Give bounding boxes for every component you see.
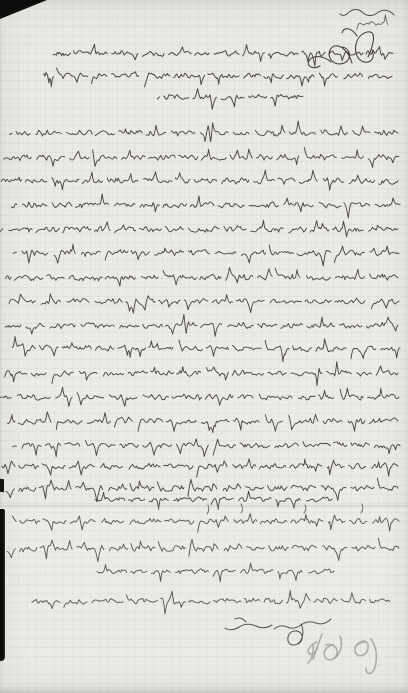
body-handwritten-line [9,294,399,313]
body-handwritten-line [13,439,400,457]
body-handwritten-line [6,268,398,287]
heading-line [158,89,304,110]
heading-flourish [356,32,374,62]
top-right-annotation-word [357,15,388,30]
scan-edge-bar-artifact [0,509,5,661]
body-handwritten-line [5,314,398,336]
signature-stroke [288,624,303,645]
overlap-handwritten-line [12,514,399,533]
large-signature-stroke [355,641,368,656]
body-handwritten-line [1,170,398,190]
body-handwritten-line [8,412,398,433]
body-handwritten-line [0,387,399,406]
scanned-letter-image [0,0,408,693]
large-signature-stroke [308,642,317,663]
signature-stroke [225,624,272,630]
large-signature-stroke [324,644,337,659]
body-handwritten-line [5,362,398,386]
body-handwritten-line [4,147,399,167]
overlap-handwritten-line [97,563,334,582]
body-handwritten-line [13,244,399,266]
heading-flourish [342,29,357,36]
body-handwritten-line [2,459,398,478]
scan-seam [0,505,408,509]
body-handwritten-line [0,220,398,237]
top-right-wave-mark [340,9,394,15]
overlap-handwritten-line [32,591,390,615]
heading-line [44,68,392,87]
body-handwritten-line [12,194,401,218]
handwriting-layer [0,0,408,693]
overlap-handwritten-line [7,538,399,562]
body-handwritten-line [12,336,400,361]
body-handwritten-line [10,121,399,142]
page-corner-fold-artifact [0,0,47,19]
letter-page [0,0,408,693]
scan-corner-tick-artifact [0,479,4,493]
heading-flourish [308,57,331,68]
signature-stroke [235,618,246,622]
